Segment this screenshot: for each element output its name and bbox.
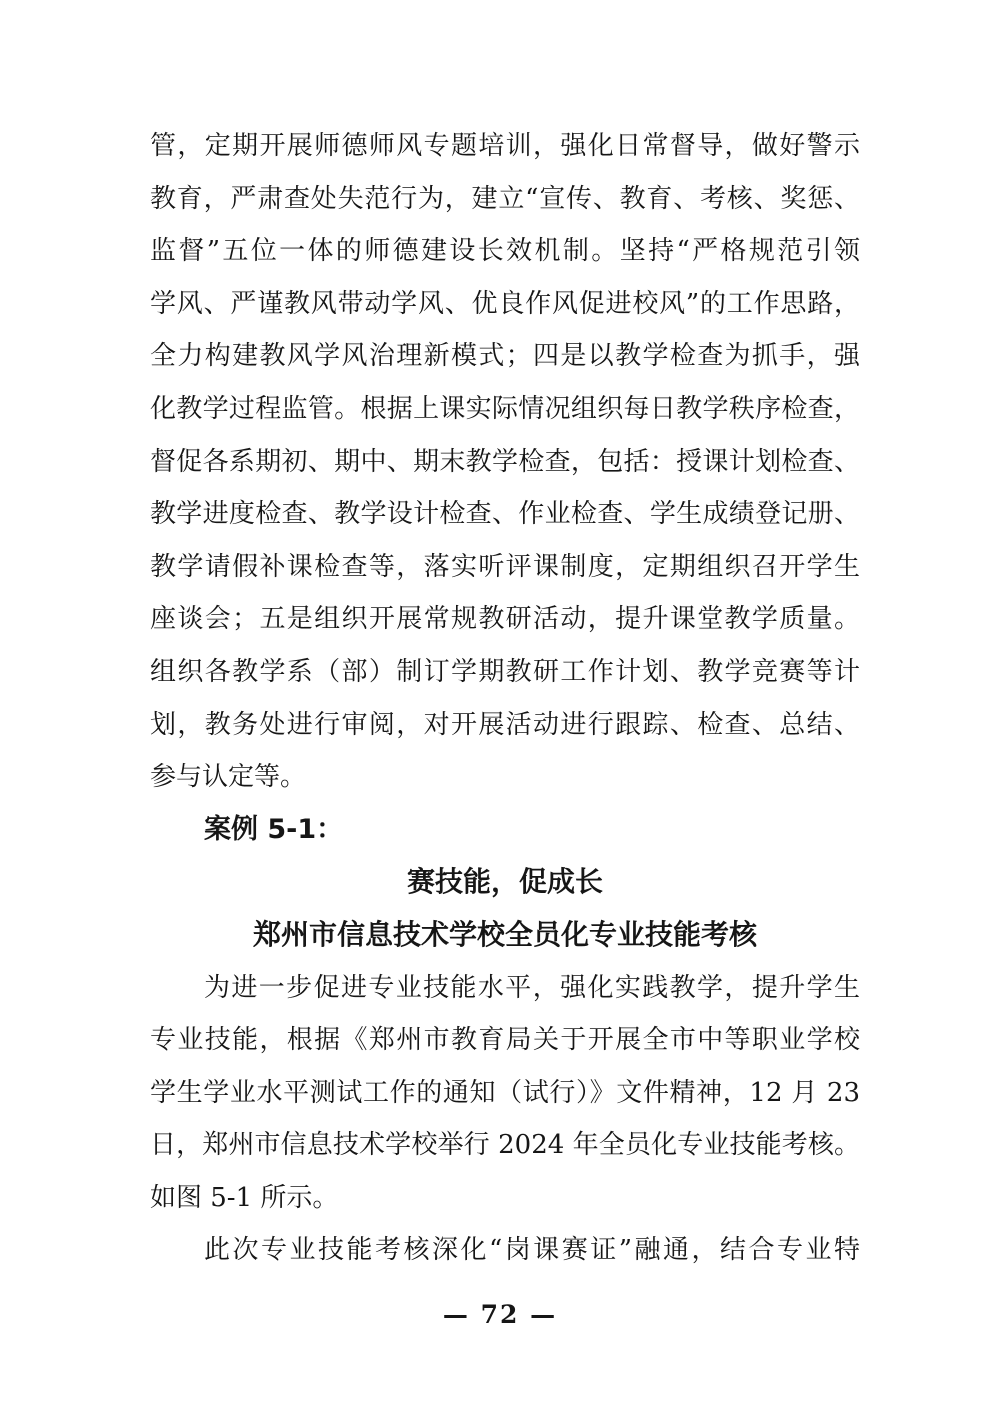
paragraph-teaching-management-line: 督促各系期初、期中、期末教学检查，包括：授课计划检查、 (150, 436, 860, 489)
paragraph-teaching-management-line: 座谈会；五是组织开展常规教研活动，提升课堂教学质量。 (150, 593, 860, 646)
paragraph-assessment-detail-line: 此次专业技能考核深化“岗课赛证”融通，结合专业特 (150, 1224, 860, 1277)
paragraph-skill-assessment-line: 专业技能，根据《郑州市教育局关于开展全市中等职业学校 (150, 1014, 860, 1067)
paragraph-teaching-management-line: 参与认定等。 (150, 751, 860, 804)
document-page: 管，定期开展师德师风专题培训，强化日常督导，做好警示教育，严肃查处失范行为，建立… (0, 0, 1000, 1414)
paragraph-teaching-management-line: 教育，严肃查处失范行为，建立“宣传、教育、考核、奖惩、 (150, 173, 860, 226)
paragraph-teaching-management-line: 管，定期开展师德师风专题培训，强化日常督导，做好警示 (150, 120, 860, 173)
page-number: — 72 — (0, 1300, 1000, 1329)
case-title-line: 赛技能，促成长 (150, 856, 860, 909)
paragraph-skill-assessment-line: 学生学业水平测试工作的通知（试行）》文件精神，12 月 23 (150, 1067, 860, 1120)
paragraph-teaching-management-line: 监督”五位一体的师德建设长效机制。坚持“严格规范引领 (150, 225, 860, 278)
paragraph-teaching-management-line: 教学请假补课检查等，落实听评课制度，定期组织召开学生 (150, 541, 860, 594)
paragraph-skill-assessment-line: 为进一步促进专业技能水平，强化实践教学，提升学生 (150, 962, 860, 1015)
paragraph-skill-assessment-line: 如图 5-1 所示。 (150, 1172, 860, 1225)
paragraph-teaching-management-line: 全力构建教风学风治理新模式；四是以教学检查为抓手，强 (150, 330, 860, 383)
paragraph-skill-assessment-line: 日，郑州市信息技术学校举行 2024 年全员化专业技能考核。 (150, 1119, 860, 1172)
paragraph-teaching-management-line: 组织各教学系（部）制订学期教研工作计划、教学竞赛等计 (150, 646, 860, 699)
paragraph-teaching-management-line: 化教学过程监管。根据上课实际情况组织每日教学秩序检查， (150, 383, 860, 436)
text-content: 管，定期开展师德师风专题培训，强化日常督导，做好警示教育，严肃查处失范行为，建立… (150, 120, 860, 1277)
case-subtitle-line: 郑州市信息技术学校全员化专业技能考核 (150, 909, 860, 962)
case-label-line: 案例 5-1： (150, 804, 860, 857)
paragraph-teaching-management-line: 划，教务处进行审阅，对开展活动进行跟踪、检查、总结、 (150, 699, 860, 752)
paragraph-teaching-management-line: 教学进度检查、教学设计检查、作业检查、学生成绩登记册、 (150, 488, 860, 541)
paragraph-teaching-management-line: 学风、严谨教风带动学风、优良作风促进校风”的工作思路， (150, 278, 860, 331)
